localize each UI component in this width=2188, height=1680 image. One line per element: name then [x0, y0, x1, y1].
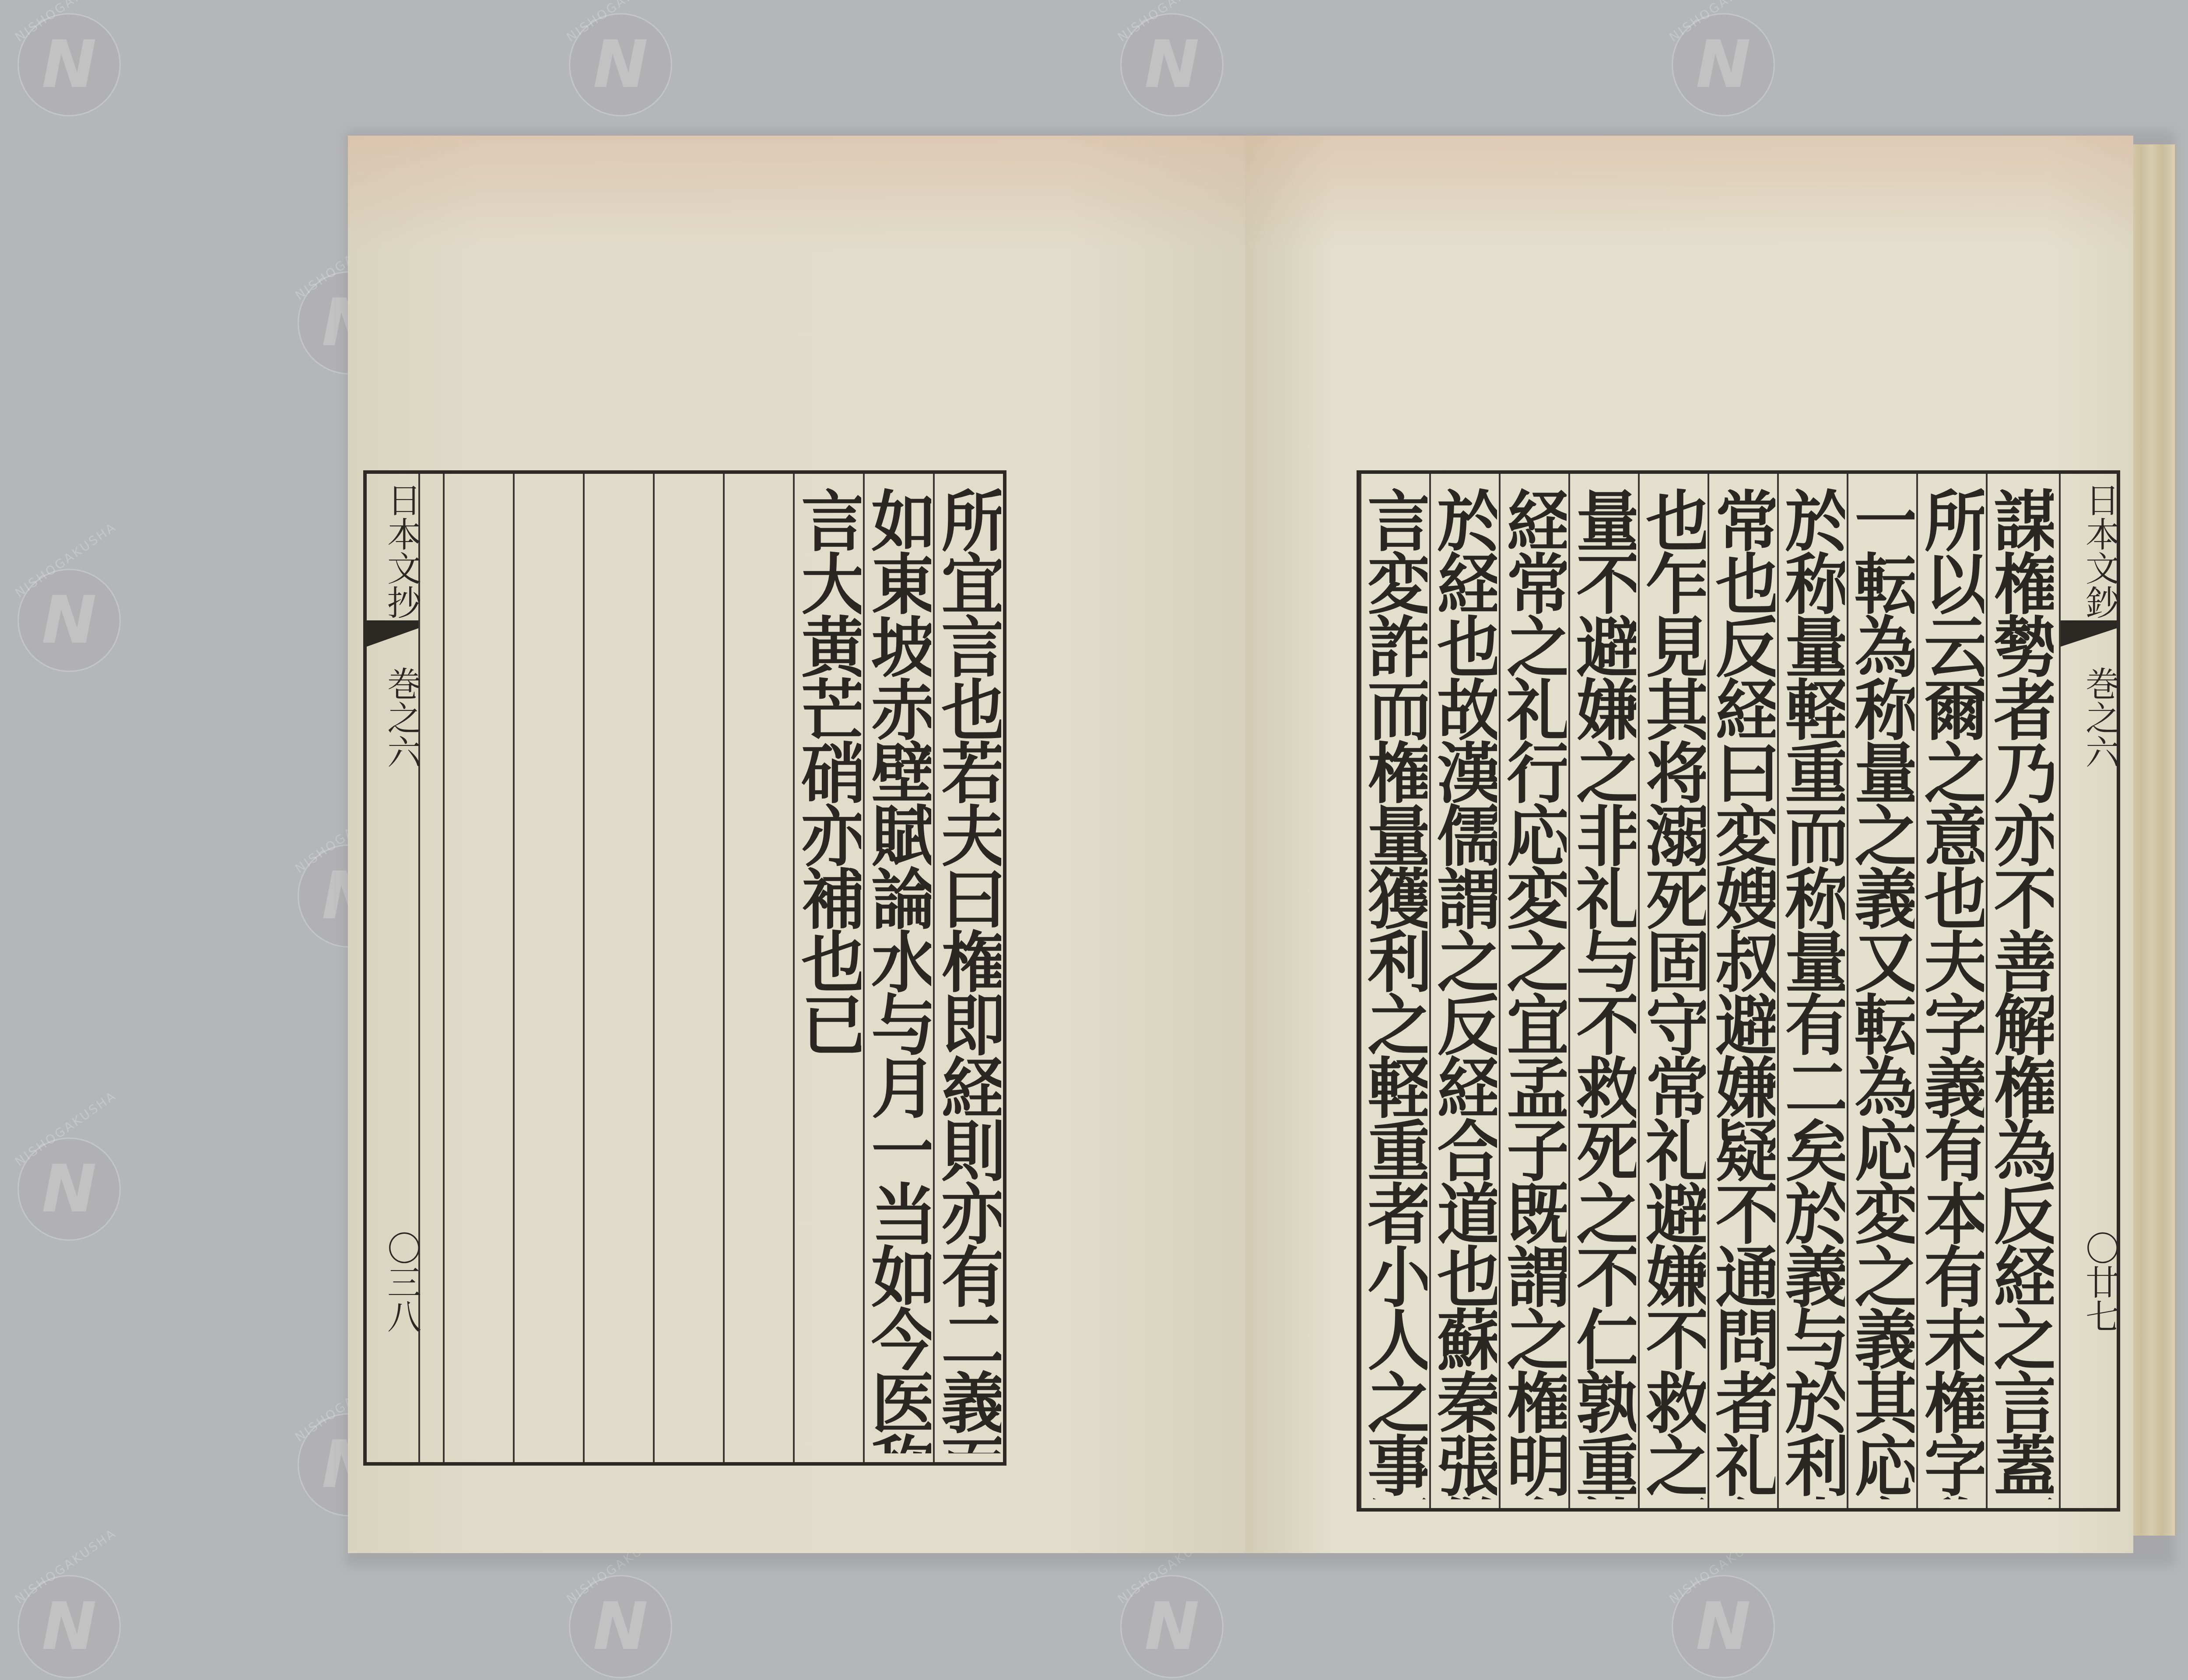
column-rule	[1499, 474, 1501, 1508]
text-column: 於称量軽重而称量有二矣於義与於利也経	[1780, 487, 1845, 1499]
right-page: 謀権勢者乃亦不善解権為反経之言蓋不解漢儒所以云爾之意也夫字義有本有末権字称錘為本…	[1245, 136, 2133, 1553]
column-rule	[1360, 474, 1361, 1508]
column-rule	[583, 474, 585, 1462]
nishogakusha-logo-icon: NNISHOGAKUSHA	[18, 1137, 121, 1241]
nishogakusha-logo-icon: NNISHOGAKUSHA	[1672, 1575, 1775, 1678]
text-column: 所以云爾之意也夫字義有本有末権字称錘為本	[1919, 487, 1984, 1499]
column-rule	[443, 474, 445, 1462]
column-rule	[793, 474, 795, 1462]
page-edge-stack	[2127, 144, 2176, 1536]
fishtail-mark	[367, 620, 418, 647]
column-rule	[653, 474, 655, 1462]
text-column: 也乍見其将溺死固守常礼避嫌不救之不仁也称	[1641, 487, 1706, 1499]
nishogakusha-logo-icon: NNISHOGAKUSHA	[569, 13, 672, 116]
column-rule	[1916, 474, 1918, 1508]
column-rule	[1777, 474, 1779, 1508]
nishogakusha-logo-icon: NNISHOGAKUSHA	[1672, 13, 1775, 116]
left-text-frame: 日本文抄 巻之六 〇三八 所宜言也若夫曰権即経則亦有二義而存焉一当如東坡赤壁賦論…	[363, 470, 1006, 1466]
text-column: 於経也故漢儒謂之反経合道也蘇秦張儀之徒巧	[1432, 487, 1497, 1499]
paper-stain	[348, 136, 1245, 249]
fishtail-mark	[2061, 620, 2117, 647]
right-margin-strip: 日本文鈔 巻之六 〇廿七	[2059, 474, 2120, 1508]
left-volume-label: 巻之六	[367, 666, 418, 769]
column-rule	[1638, 474, 1640, 1508]
nishogakusha-logo-icon: NNISHOGAKUSHA	[1120, 13, 1224, 116]
nishogakusha-logo-icon: NNISHOGAKUSHA	[18, 1575, 121, 1678]
column-rule	[1568, 474, 1570, 1508]
text-column: 常也反経曰変嫂叔避嫌疑不通問者礼之常而経	[1710, 487, 1775, 1499]
nishogakusha-logo-icon: NNISHOGAKUSHA	[18, 569, 121, 672]
right-volume-label: 巻之六	[2061, 666, 2117, 769]
column-rule	[1847, 474, 1848, 1508]
left-margin-strip: 日本文抄 巻之六 〇三八	[363, 474, 420, 1462]
text-column: 如東坡赤壁賦論水与月一当如今医称古方家者	[866, 487, 931, 1453]
text-column: 言大黄芒硝亦補也已	[796, 487, 861, 1453]
nishogakusha-logo-icon: NNISHOGAKUSHA	[18, 13, 121, 116]
column-rule	[863, 474, 865, 1462]
text-column: 言変詐而権量獲利之軽重者小人之事固非君子	[1362, 487, 1427, 1499]
column-rule	[723, 474, 725, 1462]
right-book-title: 日本文鈔	[2061, 483, 2117, 619]
column-rule	[513, 474, 515, 1462]
left-book-title: 日本文抄	[367, 483, 418, 619]
column-rule	[1429, 474, 1431, 1508]
right-text-frame: 謀権勢者乃亦不善解権為反経之言蓋不解漢儒所以云爾之意也夫字義有本有末権字称錘為本…	[1357, 470, 2120, 1512]
text-column: 経常之礼行応変之宜孟子既謂之権明矣其有別	[1501, 487, 1567, 1499]
column-rule	[1986, 474, 1988, 1508]
text-column: 所宜言也若夫曰権即経則亦有二義而存焉一当	[936, 487, 1001, 1453]
text-column: 量不避嫌之非礼与不救死之不仁孰重孰軽故舎	[1571, 487, 1636, 1499]
paper-stain	[1245, 136, 2133, 249]
nishogakusha-logo-icon: NNISHOGAKUSHA	[569, 1575, 672, 1678]
column-rule	[933, 474, 935, 1462]
text-column: 謀権勢者乃亦不善解権為反経之言蓋不解漢儒	[1988, 487, 2054, 1499]
text-column: 一転為称量之義又転為応変之義其応変之義生	[1849, 487, 1914, 1499]
right-page-number: 〇廿七	[2061, 1231, 2117, 1333]
left-page-number: 〇三八	[367, 1231, 418, 1333]
nishogakusha-logo-icon: NNISHOGAKUSHA	[1120, 1575, 1224, 1678]
left-page: 日本文抄 巻之六 〇三八 所宜言也若夫曰権即経則亦有二義而存焉一当如東坡赤壁賦論…	[348, 136, 1245, 1553]
column-rule	[1708, 474, 1709, 1508]
